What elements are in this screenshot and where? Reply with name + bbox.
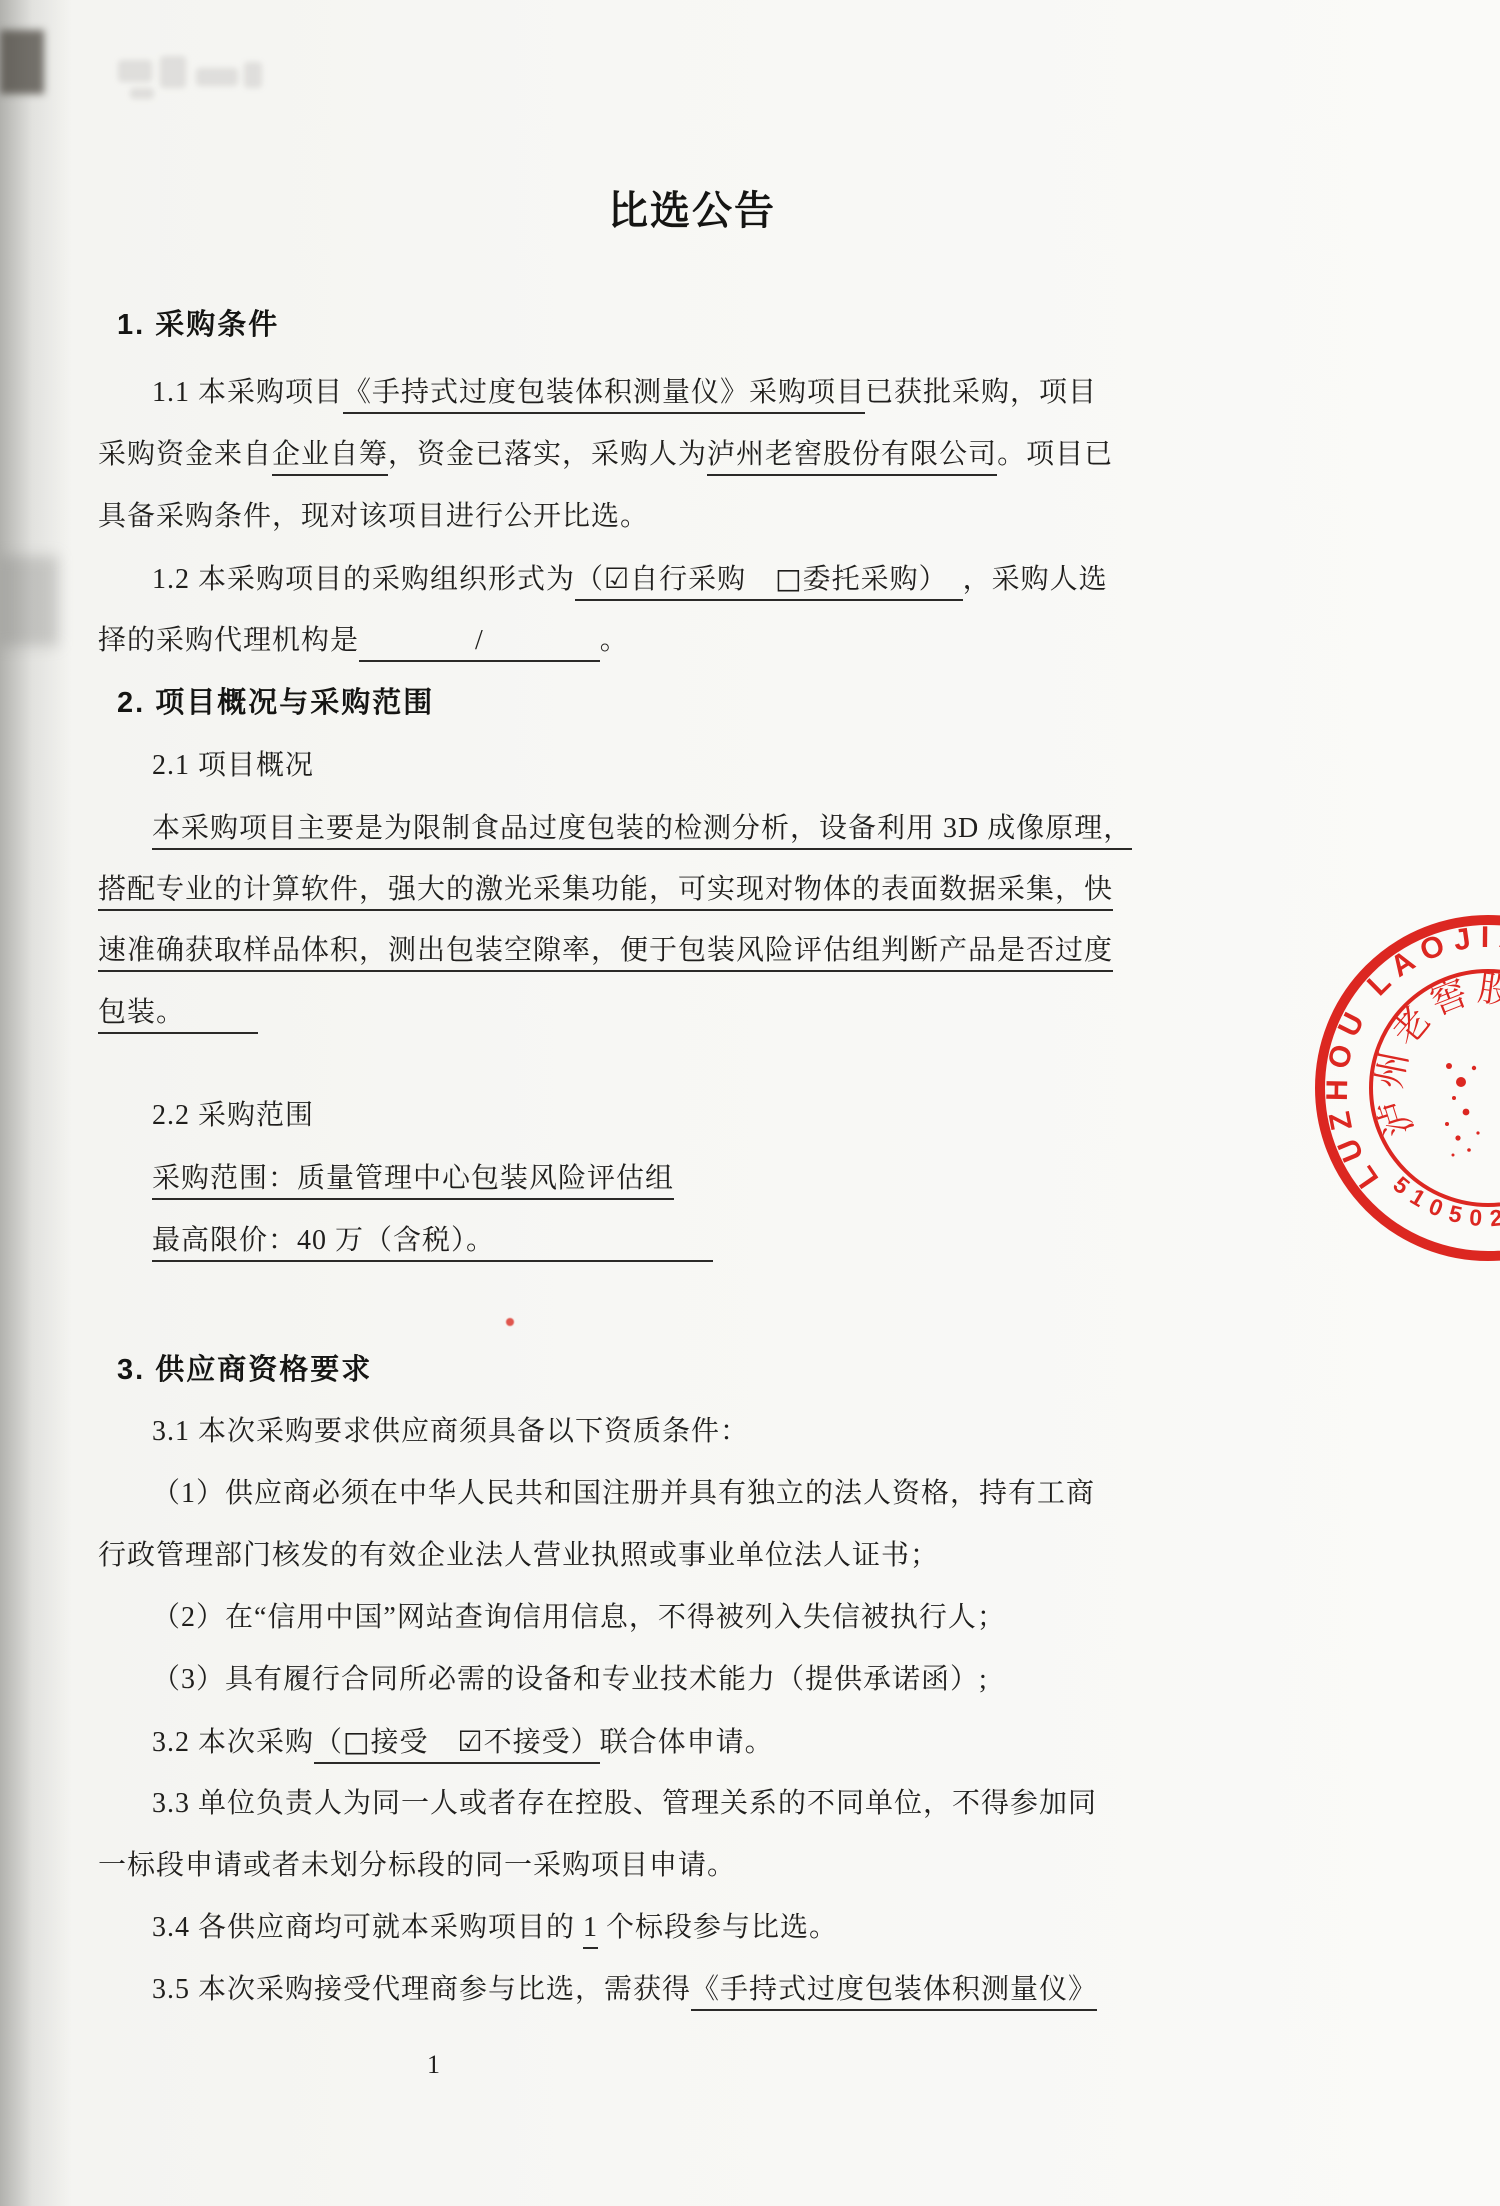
seal-registration-digits: 510502 <box>1388 1171 1500 1231</box>
underlined-run: 《手持式过度包装体积测量仪》 <box>691 1974 1097 2011</box>
para-1-1-line-3: 具备采购条件，现对该项目进行公开比选。 <box>98 498 649 536</box>
text-run: ，资金已落实，采购人为 <box>388 439 707 470</box>
procurement-scope-line: 采购范围：质量管理中心包装风险评估组 <box>152 1160 674 1198</box>
underlined-run: 1 <box>583 1912 598 1949</box>
underlined-run: 速准确获取样品体积，测出包装空隙率，便于包装风险评估组判断产品是否过度 <box>98 935 1113 972</box>
para-1-1-line-2: 采购资金来自企业自筹，资金已落实，采购人为泸州老窖股份有限公司。项目已 <box>98 436 1113 474</box>
text-run: （ <box>314 1727 343 1758</box>
price-limit-line: 最高限价：40 万（含税）。 <box>152 1222 713 1260</box>
text-run: 择的采购代理机构是 <box>98 625 359 656</box>
bleedthrough-smudge <box>196 68 238 86</box>
bleedthrough-smudge <box>118 60 152 82</box>
text-run: 。项目已 <box>997 439 1113 470</box>
page-number: 1 <box>427 2050 440 2080</box>
checkbox-unchecked-icon: □ <box>343 1725 370 1758</box>
para-3-3-line-1: 3.3 单位负责人为同一人或者存在控股、管理关系的不同单位，不得参加同 <box>152 1785 1097 1823</box>
underlined-run: 本采购项目主要是为限制食品过度包装的检测分析，设备利用 3D 成像原理， <box>152 813 1132 850</box>
para-1-2-line-1: 1.2 本采购项目的采购组织形式为（☑自行采购 □委托采购） ，采购人选 <box>152 560 1108 599</box>
underlined-run: 《手持式过度包装体积测量仪》采购项目 <box>343 377 865 414</box>
checkbox-checked-icon: ☑ <box>458 1725 484 1758</box>
text-run: 接受 <box>371 1727 458 1758</box>
para-3-5: 3.5 本次采购接受代理商参与比选，需获得《手持式过度包装体积测量仪》 <box>152 1971 1097 2009</box>
qualification-1-line-1: （1）供应商必须在中华人民共和国注册并具有独立的法人资格，持有工商 <box>152 1475 1095 1513</box>
para-1-1-line-1: 1.1 本采购项目《手持式过度包装体积测量仪》采购项目已获批采购，项目 <box>152 374 1097 412</box>
para-1-2-line-2: 择的采购代理机构是 / 。 <box>98 622 629 660</box>
text-run: 委托采购） <box>803 564 963 595</box>
text-run: 3.2 本次采购 <box>152 1727 314 1758</box>
text-run: （ <box>575 564 604 595</box>
para-3-4: 3.4 各供应商均可就本采购项目的 1 个标段参与比选。 <box>152 1909 838 1947</box>
org-form-underlined: （☑自行采购 □委托采购） <box>575 564 963 601</box>
checkbox-checked-icon: ☑ <box>604 562 630 595</box>
bleedthrough-smudge <box>160 56 186 88</box>
seal-ink-speckles <box>1445 1063 1480 1157</box>
text-run: ，采购人选 <box>963 564 1108 595</box>
text-run: 自行采购 <box>630 564 775 595</box>
text-run: 。 <box>600 625 629 656</box>
underlined-run: 最高限价：40 万（含税）。 <box>152 1225 713 1262</box>
para-3-1: 3.1 本次采购要求供应商须具备以下资质条件： <box>152 1413 749 1451</box>
doc-title: 比选公告 <box>608 192 776 230</box>
text-run: 不接受） <box>484 1727 600 1758</box>
qualification-3: （3）具有履行合同所必需的设备和专业技术能力（提供承诺函）; <box>152 1661 988 1699</box>
para-2-1-line-1: 本采购项目主要是为限制食品过度包装的检测分析，设备利用 3D 成像原理， <box>152 810 1132 848</box>
section-2-heading: 2. 项目概况与采购范围 <box>117 684 434 722</box>
text-run: 已获批采购，项目 <box>865 377 1097 408</box>
scan-corner-artifact <box>0 30 44 94</box>
section-2-2-subheading: 2.2 采购范围 <box>152 1097 314 1135</box>
company-seal: LUZHOU LAOJIAO 泸州老窖股份有 510502 <box>1268 893 1500 1293</box>
qualification-1-line-2: 行政管理部门核发的有效企业法人营业执照或事业单位法人证书； <box>98 1537 939 1575</box>
blank-fill-line: / <box>359 625 600 662</box>
joint-bid-underlined: （□接受 ☑不接受） <box>314 1727 600 1764</box>
section-2-1-subheading: 2.1 项目概况 <box>152 747 314 785</box>
underlined-run: 采购范围：质量管理中心包装风险评估组 <box>152 1163 674 1200</box>
para-2-1-line-3: 速准确获取样品体积，测出包装空隙率，便于包装风险评估组判断产品是否过度 <box>98 932 1113 970</box>
checkbox-unchecked-icon: □ <box>775 562 802 595</box>
underlined-run: 泸州老窖股份有限公司 <box>707 439 997 476</box>
text-run: 1.1 本采购项目 <box>152 377 343 408</box>
section-3-heading: 3. 供应商资格要求 <box>117 1351 372 1389</box>
section-1-heading: 1. 采购条件 <box>117 306 279 344</box>
para-2-1-line-4: 包装。 <box>98 994 258 1032</box>
bleedthrough-smudge <box>130 88 154 99</box>
text-run: 3.4 各供应商均可就本采购项目的 <box>152 1912 583 1943</box>
text-run: 3.5 本次采购接受代理商参与比选，需获得 <box>152 1974 691 2005</box>
text-run: 联合体申请。 <box>600 1727 774 1758</box>
underlined-run: 包装。 <box>98 997 258 1034</box>
document-page: 比选公告 1. 采购条件 1.1 本采购项目《手持式过度包装体积测量仪》采购项目… <box>0 0 1500 2206</box>
text-run: 1.2 本采购项目的采购组织形式为 <box>152 564 575 595</box>
scan-edge-shadow <box>0 0 72 2206</box>
text-run: 个标段参与比选。 <box>598 1912 838 1943</box>
underlined-run: 企业自筹 <box>272 439 388 476</box>
para-3-2: 3.2 本次采购（□接受 ☑不接受）联合体申请。 <box>152 1723 774 1762</box>
para-3-3-line-2: 一标段申请或者未划分标段的同一采购项目申请。 <box>98 1847 736 1885</box>
bleedthrough-smudge <box>244 62 262 88</box>
qualification-2: （2）在“信用中国”网站查询信用信息，不得被列入失信被执行人； <box>152 1599 1006 1637</box>
text-run: 采购资金来自 <box>98 439 272 470</box>
red-ink-speck <box>506 1318 514 1326</box>
underlined-run: 搭配专业的计算软件，强大的激光采集功能，可实现对物体的表面数据采集，快 <box>98 874 1113 911</box>
scan-edge-artifact <box>0 556 58 646</box>
para-2-1-line-2: 搭配专业的计算软件，强大的激光采集功能，可实现对物体的表面数据采集，快 <box>98 871 1113 909</box>
